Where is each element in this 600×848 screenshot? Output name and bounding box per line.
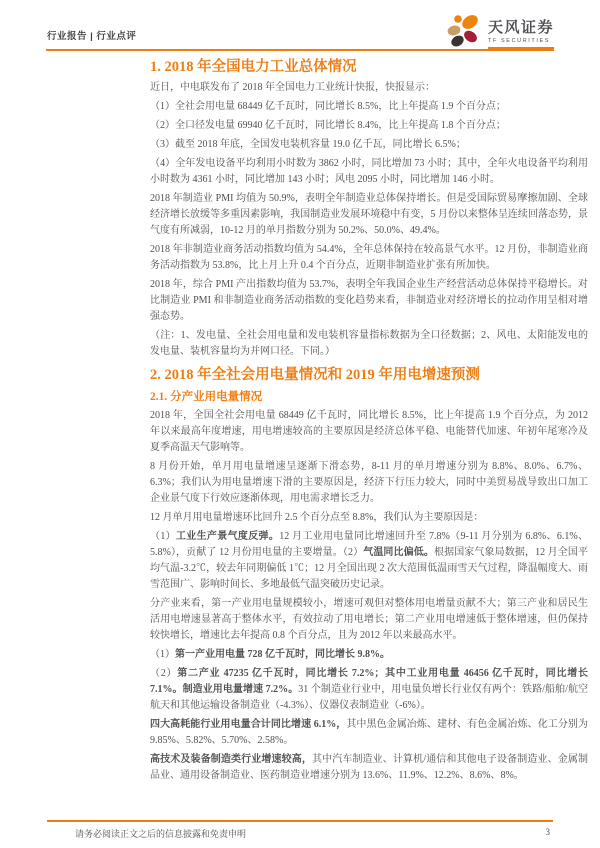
section-heading: 2.1. 分产业用电量情况 — [150, 389, 588, 405]
paragraph: 2018 年非制造业商务活动指数均值为 54.4%，全年总体保持在较高景气水平。… — [150, 242, 588, 274]
brand-logo: 天风证券 TF SECURITIES — [446, 13, 554, 49]
paragraph: 12 月单月用电量增速环比回升 2.5 个百分点至 8.8%，我们认为主要原因是… — [150, 510, 588, 526]
text-segment: （1）全社会用电量 68449 亿千瓦时，同比增长 8.5%，比上年提高 1.9… — [150, 101, 506, 112]
paragraph: （1）工业生产景气度反弹。12 月工业用电量同比增速回升至 7.8%（9-11 … — [150, 529, 588, 593]
paragraph: 2018 年，综合 PMI 产出指数均值为 53.7%，表明全年我国企业生产经营… — [150, 277, 588, 325]
paragraph: 2018 年制造业 PMI 均值为 50.9%，表明全年制造业总体保持增长。但是… — [150, 191, 588, 239]
emphasis-text: 四大高耗能行业用电量合计同比增速 6.1%， — [150, 719, 346, 730]
report-page: 行业报告 | 行业点评 天风证券 TF SECURITIES 1. 2018 年… — [0, 0, 600, 848]
paragraph: （2）全口径发电量 69940 亿千瓦时，同比增长 8.4%，比上年提高 1.8… — [150, 118, 588, 134]
text-segment: 近日，中电联发布了 2018 年全国电力工业统计快报，快报显示： — [150, 82, 435, 93]
header-divider — [46, 49, 554, 51]
paragraph: 四大高耗能行业用电量合计同比增速 6.1%，其中黑色金属冶炼、建材、有色金属冶炼… — [150, 717, 588, 749]
text-segment: （4）全年发电设备平均利用小时数为 3862 小时，同比增加 73 小时；其中，… — [150, 158, 588, 185]
text-segment: 8 月份开始，单月用电量增速呈逐渐下滑态势，8-11 月的单月增速分别为 8.8… — [150, 461, 588, 504]
paragraph: 2018 年，全国全社会用电量 68449 亿千瓦时，同比增长 8.5%，比上年… — [150, 408, 588, 456]
paragraph: （注：1、发电量、全社会用电量和发电装机容量指标数据为全口径数据；2、风电、太阳… — [150, 328, 588, 360]
brand-name-cn: 天风证券 — [488, 19, 554, 36]
page-number: 3 — [546, 827, 551, 837]
paragraph: （1）全社会用电量 68449 亿千瓦时，同比增长 8.5%，比上年提高 1.9… — [150, 99, 588, 115]
tf-securities-flower-icon — [446, 13, 482, 49]
text-segment: （3）截至 2018 年底，全国发电装机容量 19.0 亿千瓦，同比增长 6.5… — [150, 139, 466, 150]
emphasis-text: 2.1. 分产业用电量情况 — [150, 391, 262, 403]
emphasis-text: 高技术及装备制造类行业增速较高， — [150, 754, 312, 765]
emphasis-text: 第一产业用电量 728 亿千瓦时，同比增长 9.8%。 — [175, 649, 390, 660]
brand-text: 天风证券 TF SECURITIES — [488, 13, 554, 49]
text-segment: 2018 年，全国全社会用电量 68449 亿千瓦时，同比增长 8.5%，比上年… — [150, 410, 588, 453]
paragraph: （2）第二产业 47235 亿千瓦时，同比增长 7.2%；其中工业用电量 464… — [150, 666, 588, 714]
text-segment: （2）全口径发电量 69940 亿千瓦时，同比增长 8.4%，比上年提高 1.8… — [150, 120, 506, 131]
paragraph: （3）截至 2018 年底，全国发电装机容量 19.0 亿千瓦，同比增长 6.5… — [150, 137, 588, 153]
report-body: 1. 2018 年全国电力工业总体情况近日，中电联发布了 2018 年全国电力工… — [150, 57, 588, 817]
paragraph: （1）第一产业用电量 728 亿千瓦时，同比增长 9.8%。 — [150, 647, 588, 663]
text-segment: （注：1、发电量、全社会用电量和发电装机容量指标数据为全口径数据；2、风电、太阳… — [150, 330, 588, 357]
text-segment: 分产业来看，第一产业用电量规模较小，增速可观但对整体用电增量贡献不大；第三产业和… — [150, 598, 588, 641]
paragraph: （4）全年发电设备平均利用小时数为 3862 小时，同比增加 73 小时；其中，… — [150, 156, 588, 188]
emphasis-text: 工业生产景气度反弹。 — [176, 531, 279, 542]
paragraph: 分产业来看，第一产业用电量规模较小，增速可观但对整体用电增量贡献不大；第三产业和… — [150, 596, 588, 644]
text-segment: 12 月单月用电量增速环比回升 2.5 个百分点至 8.8%，我们认为主要原因是… — [150, 512, 483, 523]
emphasis-text: 1. 2018 年全国电力工业总体情况 — [150, 59, 357, 75]
paragraph: 8 月份开始，单月用电量增速呈逐渐下滑态势，8-11 月的单月增速分别为 8.8… — [150, 459, 588, 507]
text-segment: 2018 年，综合 PMI 产出指数均值为 53.7%，表明全年我国企业生产经营… — [150, 279, 588, 322]
paragraph: 高技术及装备制造类行业增速较高，其中汽车制造业、计算机/通信和其他电子设备制造业… — [150, 752, 588, 784]
text-segment: （2） — [150, 668, 177, 679]
section-heading: 1. 2018 年全国电力工业总体情况 — [150, 57, 588, 77]
text-segment: 2018 年制造业 PMI 均值为 50.9%，表明全年制造业总体保持增长。但是… — [150, 193, 588, 236]
text-segment: （1） — [150, 531, 176, 542]
brand-name-en: TF SECURITIES — [488, 37, 554, 49]
emphasis-text: 2. 2018 年全社会用电量情况和 2019 年用电增速预测 — [150, 367, 480, 383]
report-category-label: 行业报告 | 行业点评 — [47, 28, 136, 42]
footer-disclaimer: 请务必阅读正文之后的信息披露和免责申明 — [75, 827, 246, 840]
section-heading: 2. 2018 年全社会用电量情况和 2019 年用电增速预测 — [150, 365, 588, 385]
text-segment: 2018 年非制造业商务活动指数均值为 54.4%，全年总体保持在较高景气水平。… — [150, 244, 588, 271]
footer-divider — [47, 820, 553, 822]
paragraph: 近日，中电联发布了 2018 年全国电力工业统计快报，快报显示： — [150, 80, 588, 96]
emphasis-text: 气温同比偏低。 — [363, 547, 434, 558]
text-segment: （1） — [150, 649, 175, 660]
